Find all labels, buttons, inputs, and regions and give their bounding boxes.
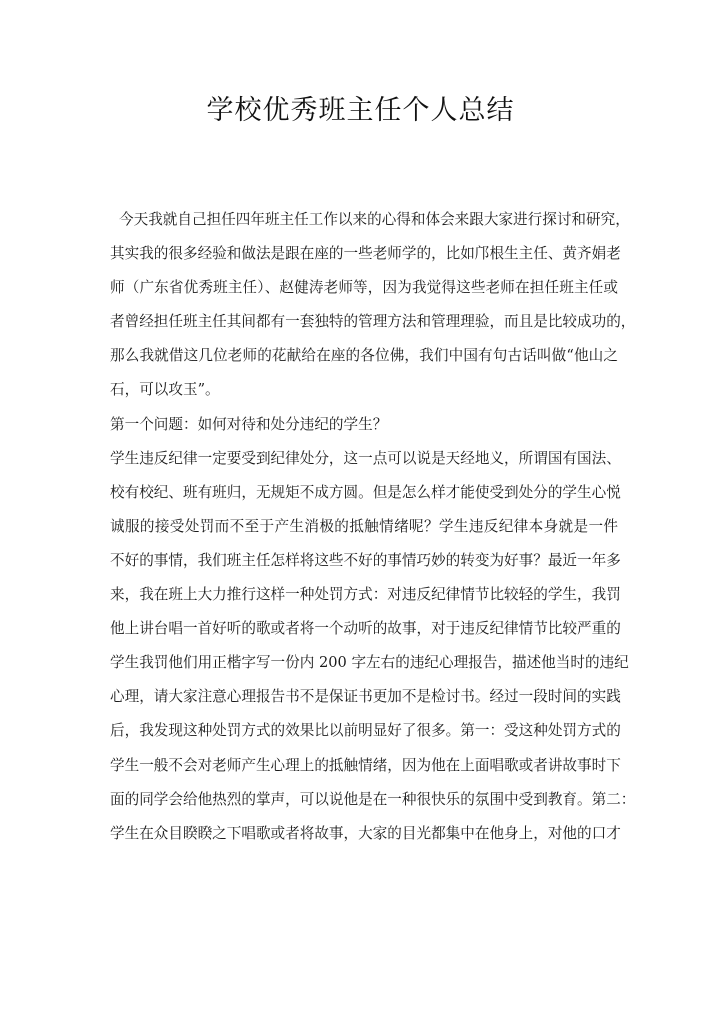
text-line: 不好的事情，我们班主任怎样将这些不好的事情巧妙的转变为好事？最近一年多 — [110, 544, 618, 578]
text-line: 校有校纪、班有班归，无规矩不成方圆。但是怎么样才能使受到处分的学生心悦 — [110, 476, 618, 510]
text-line: 他上讲台唱一首好听的歌或者将一个动听的故事，对于违反纪律情节比较严重的 — [110, 612, 618, 646]
text-line: 今天我就自己担任四年班主任工作以来的心得和体会来跟大家进行探讨和研究， — [110, 203, 618, 237]
text-line: 学生在众目睽睽之下唱歌或者将故事，大家的目光都集中在他身上，对他的口才 — [110, 817, 618, 851]
text-line: 诚服的接受处罚而不至于产生消极的抵触情绪呢？学生违反纪律本身就是一件 — [110, 510, 618, 544]
text-line: 石，可以攻玉”。 — [110, 373, 618, 407]
text-line: 来，我在班上大力推行这样一种处罚方式：对违反纪律情节比较轻的学生，我罚 — [110, 578, 618, 612]
text-line: 学生我罚他们用正楷字写一份内 200 字左右的违纪心理报告，描述他当时的违纪 — [110, 646, 618, 680]
text-line: 面的同学会给他热烈的掌声，可以说他是在一种很快乐的氛围中受到教育。第二： — [110, 783, 618, 817]
text-line: 心理，请大家注意心理报告书不是保证书更加不是检讨书。经过一段时间的实践 — [110, 680, 618, 714]
text-line: 学生一般不会对老师产生心理上的抵触情绪，因为他在上面唱歌或者讲故事时下 — [110, 749, 618, 783]
document-title: 学校优秀班主任个人总结 — [0, 88, 721, 127]
document-body: 今天我就自己担任四年班主任工作以来的心得和体会来跟大家进行探讨和研究，其实我的很… — [110, 203, 618, 851]
text-line: 者曾经担任班主任其间都有一套独特的管理方法和管理理验，而且是比较成功的， — [110, 305, 618, 339]
text-line: 后，我发现这种处罚方式的效果比以前明显好了很多。第一：受这种处罚方式的 — [110, 714, 618, 748]
text-line: 师（广东省优秀班主任）、赵健涛老师等，因为我觉得这些老师在担任班主任或 — [110, 271, 618, 305]
text-line: 那么我就借这几位老师的花献给在座的各位佛，我们中国有句古话叫做“他山之 — [110, 339, 618, 373]
text-line: 其实我的很多经验和做法是跟在座的一些老师学的，比如邝根生主任、黄齐娟老 — [110, 237, 618, 271]
text-line: 学生违反纪律一定要受到纪律处分，这一点可以说是天经地义，所谓国有国法、 — [110, 442, 618, 476]
text-line: 第一个问题：如何对待和处分违纪的学生？ — [110, 408, 618, 442]
